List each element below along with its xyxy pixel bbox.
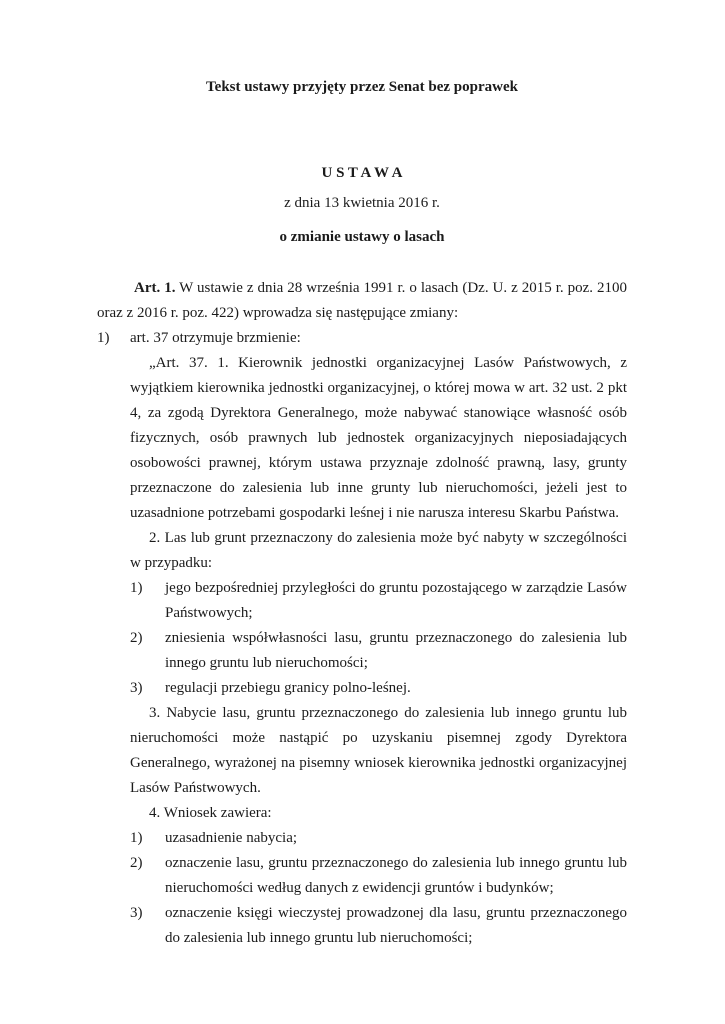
list-item-number: 3) [130,676,143,701]
article-1-paragraph: Art. 1. W ustawie z dnia 28 września 199… [97,276,627,326]
list-item-text: regulacji przebiegu granicy polno-leśnej… [165,680,411,696]
list-item-number: 3) [130,901,143,926]
list-item-text: jego bezpośredniej przyległości do grunt… [165,580,627,621]
list-item-number: 2) [130,851,143,876]
list-item-text: oznaczenie lasu, gruntu przeznaczonego d… [165,855,627,896]
quoted-list-item: 3) oznaczenie księgi wieczystej prowadzo… [130,901,627,951]
act-title: U S T A W A [97,161,627,186]
article-1-label: Art. 1. [134,280,175,296]
quoted-provision: „Art. 37. 1. Kierownik jednostki organiz… [130,351,627,951]
quoted-list-item: 2) oznaczenie lasu, gruntu przeznaczoneg… [130,851,627,901]
quoted-list-item: 2) zniesienia współwłasności lasu, grunt… [130,626,627,676]
list-item-number: 2) [130,626,143,651]
amendment-head: 1) art. 37 otrzymuje brzmienie: [97,326,627,351]
quoted-paragraph: 2. Las lub grunt przeznaczony do zalesie… [130,526,627,576]
quoted-paragraph: 4. Wniosek zawiera: [130,801,627,826]
list-item-text: uzasadnienie nabycia; [165,830,297,846]
act-date-line: z dnia 13 kwietnia 2016 r. [97,191,627,216]
quoted-list-item: 1) jego bezpośredniej przyległości do gr… [130,576,627,626]
amendment-item: 1) art. 37 otrzymuje brzmienie: „Art. 37… [97,326,627,951]
document-header-note: Tekst ustawy przyjęty przez Senat bez po… [97,75,627,100]
quoted-paragraph: „Art. 37. 1. Kierownik jednostki organiz… [130,351,627,526]
quoted-list-item: 1) uzasadnienie nabycia; [130,826,627,851]
amendment-intro: art. 37 otrzymuje brzmienie: [130,330,301,346]
document-page: Tekst ustawy przyjęty przez Senat bez po… [0,0,725,1024]
list-item-number: 1) [130,576,143,601]
list-item-text: oznaczenie księgi wieczystej prowadzonej… [165,905,627,946]
quoted-list-item: 3) regulacji przebiegu granicy polno-leś… [130,676,627,701]
list-item-number: 1) [130,826,143,851]
list-item-text: zniesienia współwłasności lasu, gruntu p… [165,630,627,671]
amendments-list: 1) art. 37 otrzymuje brzmienie: „Art. 37… [97,326,627,951]
quoted-paragraph: 3. Nabycie lasu, gruntu przeznaczonego d… [130,701,627,801]
amendment-number: 1) [97,326,110,351]
act-subject-line: o zmianie ustawy o lasach [97,225,627,250]
article-1-intro: W ustawie z dnia 28 września 1991 r. o l… [97,280,627,321]
